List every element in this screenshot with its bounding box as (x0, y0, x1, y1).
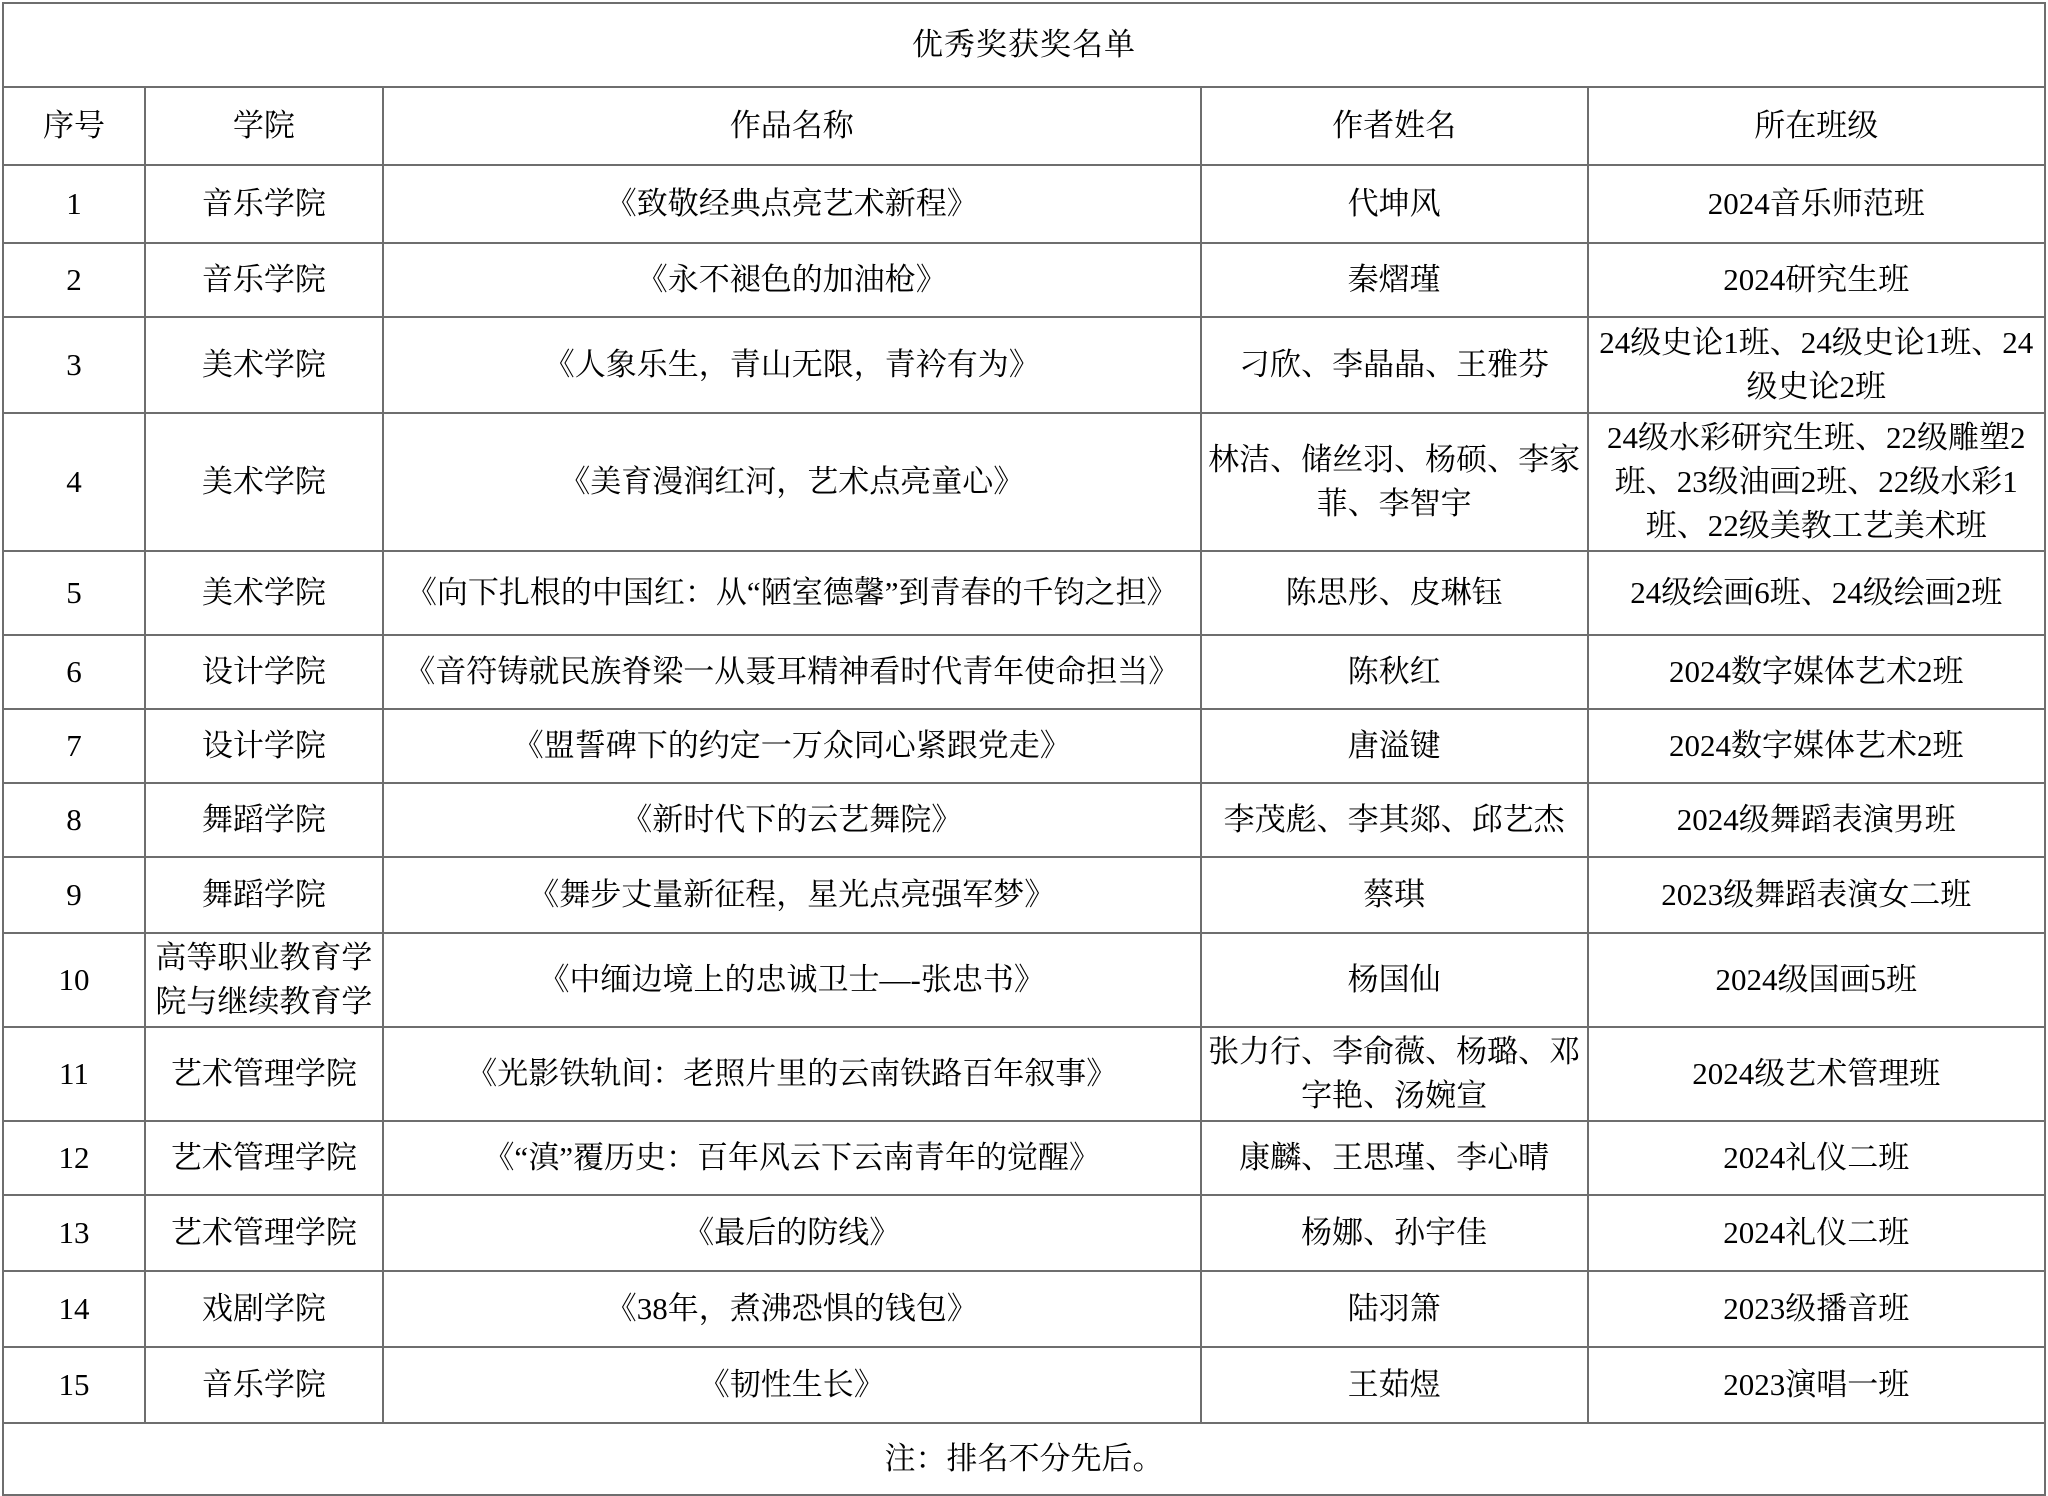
cell-class: 2024礼仪二班 (1588, 1121, 2045, 1195)
cell-class: 2024音乐师范班 (1588, 165, 2045, 243)
cell-college: 音乐学院 (145, 243, 383, 317)
cell-college: 高等职业教育学院与继续教育学 (145, 933, 383, 1027)
cell-authors: 陈思彤、皮琳钰 (1201, 551, 1588, 635)
cell-work: 《“滇”覆历史：百年风云下云南青年的觉醒》 (383, 1121, 1201, 1195)
table-row: 9 舞蹈学院 《舞步丈量新征程，星光点亮强军梦》 蔡琪 2023级舞蹈表演女二班 (3, 857, 2045, 933)
cell-no: 15 (3, 1347, 145, 1423)
cell-class: 24级绘画6班、24级绘画2班 (1588, 551, 2045, 635)
cell-authors: 秦熠瑾 (1201, 243, 1588, 317)
cell-college: 戏剧学院 (145, 1271, 383, 1347)
cell-no: 6 (3, 635, 145, 709)
footer-note: 注：排名不分先后。 (3, 1423, 2045, 1495)
cell-authors: 杨娜、孙宇佳 (1201, 1195, 1588, 1271)
table-row: 1 音乐学院 《致敬经典点亮艺术新程》 代坤风 2024音乐师范班 (3, 165, 2045, 243)
cell-college: 美术学院 (145, 317, 383, 413)
cell-college: 艺术管理学院 (145, 1027, 383, 1121)
cell-college: 艺术管理学院 (145, 1195, 383, 1271)
table-row: 10 高等职业教育学院与继续教育学 《中缅边境上的忠诚卫士—-张忠书》 杨国仙 … (3, 933, 2045, 1027)
cell-class: 24级史论1班、24级史论1班、24级史论2班 (1588, 317, 2045, 413)
cell-work: 《新时代下的云艺舞院》 (383, 783, 1201, 857)
cell-college: 设计学院 (145, 635, 383, 709)
cell-class: 2024级国画5班 (1588, 933, 2045, 1027)
cell-class: 24级水彩研究生班、22级雕塑2班、23级油画2班、22级水彩1班、22级美教工… (1588, 413, 2045, 551)
cell-work: 《最后的防线》 (383, 1195, 1201, 1271)
cell-class: 2023级舞蹈表演女二班 (1588, 857, 2045, 933)
cell-college: 舞蹈学院 (145, 857, 383, 933)
cell-no: 12 (3, 1121, 145, 1195)
cell-authors: 杨国仙 (1201, 933, 1588, 1027)
column-header-class: 所在班级 (1588, 87, 2045, 165)
document-sheet: 优秀奖获奖名单 序号 学院 作品名称 作者姓名 所在班级 1 音乐学院 《致敬经… (2, 0, 2046, 1496)
table-row: 13 艺术管理学院 《最后的防线》 杨娜、孙宇佳 2024礼仪二班 (3, 1195, 2045, 1271)
cell-no: 7 (3, 709, 145, 783)
cell-work: 《美育漫润红河，艺术点亮童心》 (383, 413, 1201, 551)
cell-class: 2024研究生班 (1588, 243, 2045, 317)
cell-no: 11 (3, 1027, 145, 1121)
cell-no: 1 (3, 165, 145, 243)
table-row: 12 艺术管理学院 《“滇”覆历史：百年风云下云南青年的觉醒》 康麟、王思瑾、李… (3, 1121, 2045, 1195)
award-table: 优秀奖获奖名单 序号 学院 作品名称 作者姓名 所在班级 1 音乐学院 《致敬经… (2, 2, 2046, 1496)
table-row: 3 美术学院 《人象乐生，青山无限，青衿有为》 刁欣、李晶晶、王雅芬 24级史论… (3, 317, 2045, 413)
table-row: 8 舞蹈学院 《新时代下的云艺舞院》 李茂彪、李其郯、邱艺杰 2024级舞蹈表演… (3, 783, 2045, 857)
cell-work: 《光影铁轨间：老照片里的云南铁路百年叙事》 (383, 1027, 1201, 1121)
cell-no: 9 (3, 857, 145, 933)
cell-work: 《人象乐生，青山无限，青衿有为》 (383, 317, 1201, 413)
cell-work: 《舞步丈量新征程，星光点亮强军梦》 (383, 857, 1201, 933)
cell-authors: 刁欣、李晶晶、王雅芬 (1201, 317, 1588, 413)
cell-no: 3 (3, 317, 145, 413)
cell-class: 2024礼仪二班 (1588, 1195, 2045, 1271)
cell-no: 2 (3, 243, 145, 317)
cell-authors: 康麟、王思瑾、李心晴 (1201, 1121, 1588, 1195)
cell-work: 《音符铸就民族脊梁一从聂耳精神看时代青年使命担当》 (383, 635, 1201, 709)
table-row: 5 美术学院 《向下扎根的中国红：从“陋室德馨”到青春的千钧之担》 陈思彤、皮琳… (3, 551, 2045, 635)
cell-college: 音乐学院 (145, 165, 383, 243)
table-row: 7 设计学院 《盟誓碑下的约定一万众同心紧跟党走》 唐溢键 2024数字媒体艺术… (3, 709, 2045, 783)
cell-work: 《中缅边境上的忠诚卫士—-张忠书》 (383, 933, 1201, 1027)
cell-college: 设计学院 (145, 709, 383, 783)
cell-authors: 代坤风 (1201, 165, 1588, 243)
table-row: 15 音乐学院 《韧性生长》 王茹煜 2023演唱一班 (3, 1347, 2045, 1423)
column-header-no: 序号 (3, 87, 145, 165)
table-row: 6 设计学院 《音符铸就民族脊梁一从聂耳精神看时代青年使命担当》 陈秋红 202… (3, 635, 2045, 709)
note-row: 注：排名不分先后。 (3, 1423, 2045, 1495)
table-row: 11 艺术管理学院 《光影铁轨间：老照片里的云南铁路百年叙事》 张力行、李俞薇、… (3, 1027, 2045, 1121)
cell-authors: 唐溢键 (1201, 709, 1588, 783)
cell-work: 《韧性生长》 (383, 1347, 1201, 1423)
cell-authors: 王茹煜 (1201, 1347, 1588, 1423)
cell-college: 美术学院 (145, 413, 383, 551)
header-row: 序号 学院 作品名称 作者姓名 所在班级 (3, 87, 2045, 165)
cell-college: 音乐学院 (145, 1347, 383, 1423)
cell-work: 《盟誓碑下的约定一万众同心紧跟党走》 (383, 709, 1201, 783)
cell-work: 《38年，煮沸恐惧的钱包》 (383, 1271, 1201, 1347)
cell-college: 艺术管理学院 (145, 1121, 383, 1195)
cell-no: 5 (3, 551, 145, 635)
cell-no: 10 (3, 933, 145, 1027)
cell-class: 2024数字媒体艺术2班 (1588, 709, 2045, 783)
cell-authors: 林洁、储丝羽、杨硕、李家菲、李智宇 (1201, 413, 1588, 551)
cell-authors: 陆羽箫 (1201, 1271, 1588, 1347)
table-row: 2 音乐学院 《永不褪色的加油枪》 秦熠瑾 2024研究生班 (3, 243, 2045, 317)
table-row: 4 美术学院 《美育漫润红河，艺术点亮童心》 林洁、储丝羽、杨硕、李家菲、李智宇… (3, 413, 2045, 551)
cell-college: 美术学院 (145, 551, 383, 635)
column-header-work: 作品名称 (383, 87, 1201, 165)
cell-class: 2024级艺术管理班 (1588, 1027, 2045, 1121)
cell-no: 14 (3, 1271, 145, 1347)
page-title: 优秀奖获奖名单 (3, 3, 2045, 87)
cell-work: 《致敬经典点亮艺术新程》 (383, 165, 1201, 243)
cell-class: 2023演唱一班 (1588, 1347, 2045, 1423)
cell-authors: 张力行、李俞薇、杨璐、邓字艳、汤婉宣 (1201, 1027, 1588, 1121)
cell-work: 《向下扎根的中国红：从“陋室德馨”到青春的千钧之担》 (383, 551, 1201, 635)
cell-no: 4 (3, 413, 145, 551)
cell-class: 2023级播音班 (1588, 1271, 2045, 1347)
cell-no: 13 (3, 1195, 145, 1271)
column-header-college: 学院 (145, 87, 383, 165)
cell-class: 2024级舞蹈表演男班 (1588, 783, 2045, 857)
cell-class: 2024数字媒体艺术2班 (1588, 635, 2045, 709)
cell-no: 8 (3, 783, 145, 857)
cell-authors: 陈秋红 (1201, 635, 1588, 709)
cell-authors: 蔡琪 (1201, 857, 1588, 933)
cell-college: 舞蹈学院 (145, 783, 383, 857)
cell-work: 《永不褪色的加油枪》 (383, 243, 1201, 317)
title-row: 优秀奖获奖名单 (3, 3, 2045, 87)
table-row: 14 戏剧学院 《38年，煮沸恐惧的钱包》 陆羽箫 2023级播音班 (3, 1271, 2045, 1347)
column-header-author: 作者姓名 (1201, 87, 1588, 165)
cell-authors: 李茂彪、李其郯、邱艺杰 (1201, 783, 1588, 857)
